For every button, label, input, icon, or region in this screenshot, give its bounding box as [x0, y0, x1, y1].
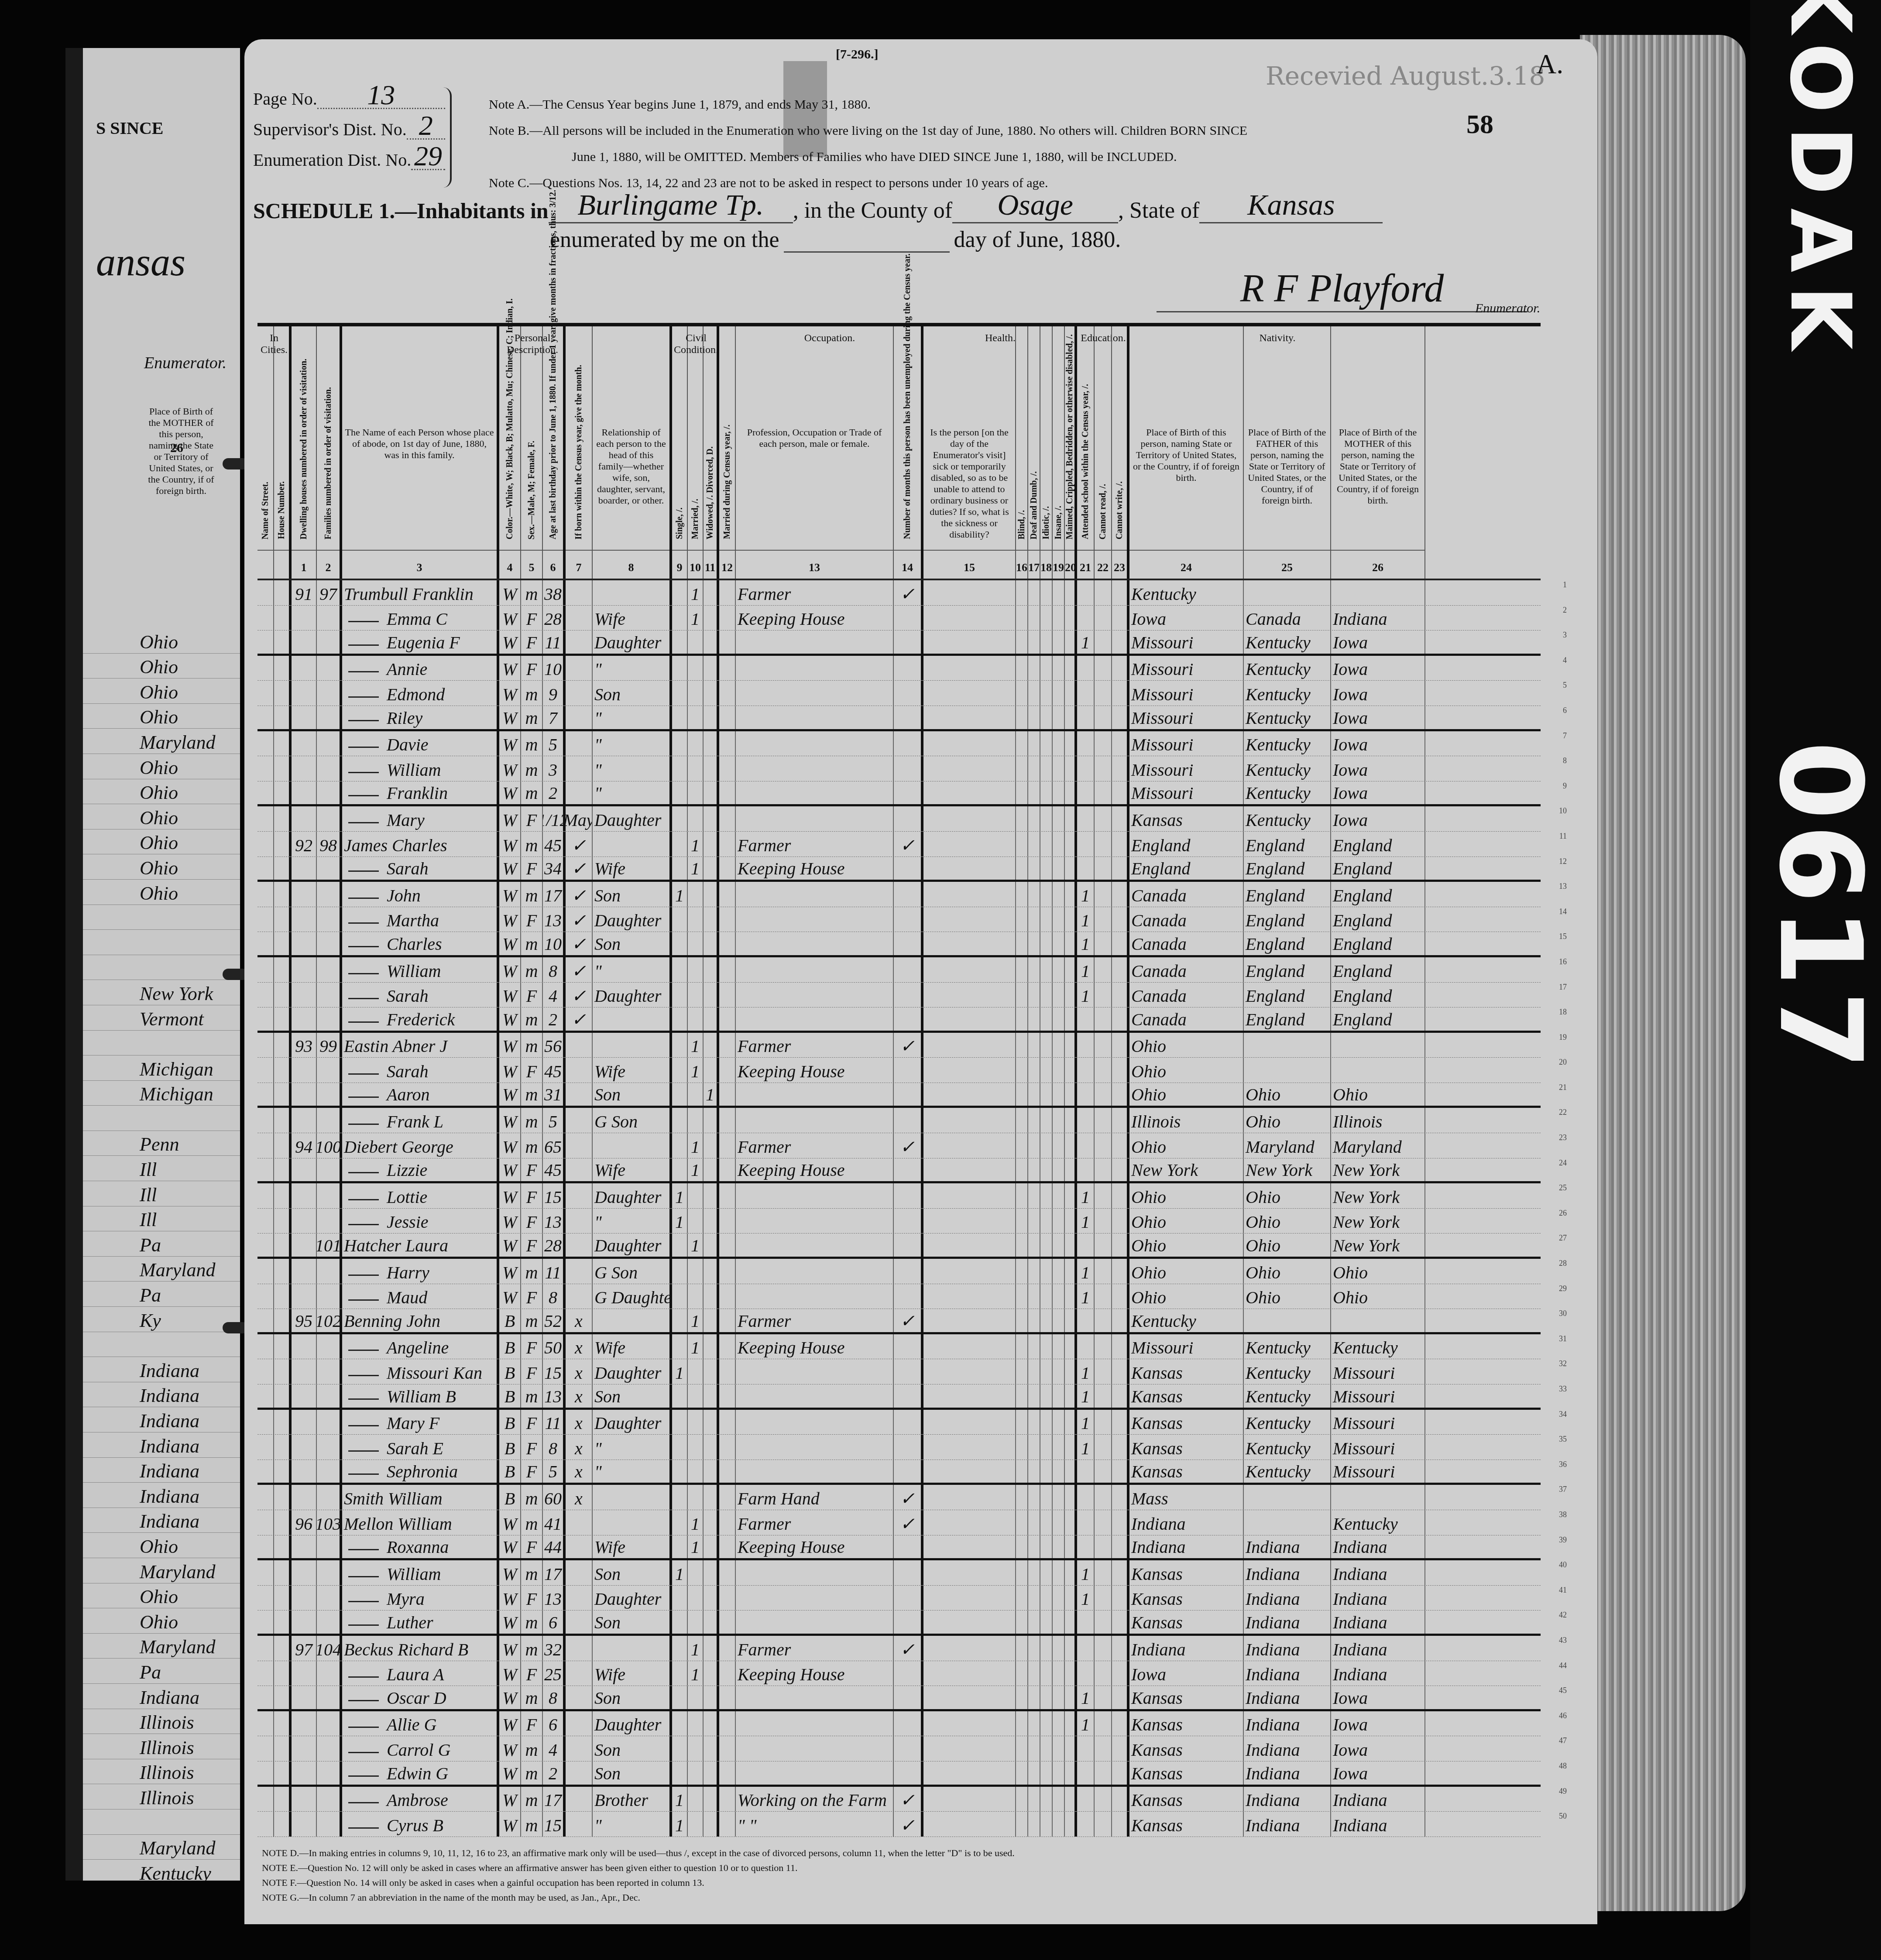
- surname-ditto-dash: [348, 1199, 379, 1200]
- cell-months-unemployed: [894, 630, 923, 654]
- cell-single: [672, 1736, 688, 1761]
- cell-married-in-year: [719, 731, 736, 756]
- cell-attended-school: 1: [1077, 1686, 1095, 1709]
- cell-sickness: [923, 1560, 1016, 1585]
- cell-married: [688, 1183, 704, 1208]
- cell-maimed: [1065, 1334, 1077, 1359]
- cell-family: [317, 1812, 342, 1837]
- cell-maimed: [1065, 656, 1077, 681]
- cell-age: 45: [543, 832, 566, 857]
- cell-sex: F: [521, 1334, 543, 1359]
- cell-occupation: [736, 656, 894, 681]
- cell-idiotic: [1040, 1736, 1053, 1761]
- cell-sex: F: [521, 1410, 543, 1435]
- cell-street: [257, 1083, 274, 1106]
- cell-family: [317, 1108, 342, 1133]
- cell-name: Smith William: [342, 1485, 499, 1510]
- cell-sickness: [923, 580, 1016, 605]
- cell-attended-school: [1077, 731, 1095, 756]
- cell-widowed: [704, 1610, 719, 1634]
- cell-birth-month: [566, 656, 593, 681]
- cell-idiotic: [1040, 1410, 1053, 1435]
- cell-birth-month: [566, 1284, 593, 1309]
- cell-attended-school: [1077, 806, 1095, 831]
- cell-single: [672, 656, 688, 681]
- cell-family: [317, 1661, 342, 1686]
- cell-cannot-write: [1112, 1661, 1129, 1686]
- row-number: 20: [1559, 1058, 1567, 1067]
- left-page-cell: Ky: [83, 1307, 240, 1332]
- cell-months-unemployed: [894, 1686, 923, 1709]
- cell-birthplace: Ohio: [1129, 1183, 1244, 1208]
- cell-birthplace: Canada: [1129, 983, 1244, 1007]
- cell-sex: m: [521, 580, 543, 605]
- cell-attended-school: 1: [1077, 1586, 1095, 1610]
- cell-deaf-dumb: [1028, 806, 1040, 831]
- cell-age: 17: [543, 1787, 566, 1812]
- col-9-header: Civil Condition.Single, /.9: [672, 326, 688, 579]
- cell-sickness: [923, 1661, 1016, 1686]
- cell-father-birthplace: Indiana: [1244, 1586, 1331, 1610]
- cell-birthplace: Kansas: [1129, 1686, 1244, 1709]
- cell-street: [257, 1007, 274, 1031]
- cell-sickness: [923, 957, 1016, 982]
- person-name: Aaron: [387, 1084, 430, 1105]
- row-number: 42: [1559, 1610, 1567, 1620]
- state-value: Kansas: [1199, 188, 1383, 223]
- cell-blind: [1016, 932, 1028, 955]
- cell-birth-month: x: [566, 1359, 593, 1384]
- cell-sickness: [923, 832, 1016, 857]
- surname-ditto-dash: [348, 1172, 379, 1173]
- cell-family: [317, 656, 342, 681]
- cell-maimed: [1065, 606, 1077, 630]
- cell-birthplace: Ohio: [1129, 1209, 1244, 1234]
- table-row: RoxannaWF44Wife1Keeping HouseIndianaIndi…: [257, 1535, 1541, 1561]
- cell-name: Ambrose: [342, 1787, 499, 1812]
- cell-mother-birthplace: England: [1331, 907, 1425, 932]
- cell-house: [274, 983, 292, 1007]
- cell-single: [672, 1761, 688, 1785]
- cell-mother-birthplace: [1331, 1033, 1425, 1058]
- cell-blind: [1016, 681, 1028, 706]
- cell-color: W: [499, 1133, 521, 1158]
- person-name: Harry: [387, 1262, 429, 1283]
- cell-cannot-read: [1095, 1183, 1112, 1208]
- cell-dwelling: [292, 983, 317, 1007]
- cell-sickness: [923, 1359, 1016, 1384]
- cell-cannot-read: [1095, 1259, 1112, 1284]
- table-row: Cyrus BWm15"1" "✓KansasIndianaIndiana50: [257, 1812, 1541, 1837]
- cell-name: William: [342, 1560, 499, 1585]
- cell-maimed: [1065, 1711, 1077, 1736]
- cell-street: [257, 1309, 274, 1332]
- cell-months-unemployed: [894, 1359, 923, 1384]
- cell-house: [274, 1334, 292, 1359]
- cell-mother-birthplace: New York: [1331, 1158, 1425, 1182]
- left-page-cell: Ill: [83, 1206, 240, 1232]
- cell-sex: m: [521, 1610, 543, 1634]
- cell-birthplace: England: [1129, 832, 1244, 857]
- row-number: 25: [1559, 1183, 1567, 1192]
- cell-idiotic: [1040, 1460, 1053, 1483]
- cell-sickness: [923, 1158, 1016, 1182]
- cell-birth-month: [566, 606, 593, 630]
- cell-attended-school: 1: [1077, 907, 1095, 932]
- cell-birthplace: Kentucky: [1129, 580, 1244, 605]
- cell-cannot-write: [1112, 932, 1129, 955]
- enumerated-prefix: enumerated by me on the: [550, 227, 779, 253]
- cell-deaf-dumb: [1028, 1460, 1040, 1483]
- cell-birthplace: Ohio: [1129, 1234, 1244, 1257]
- cell-sex: m: [521, 957, 543, 982]
- cell-months-unemployed: [894, 1560, 923, 1585]
- cell-relationship: ": [593, 957, 672, 982]
- cell-birth-month: ✓: [566, 857, 593, 880]
- surname-ditto-dash: [348, 998, 379, 999]
- cell-sex: F: [521, 1234, 543, 1257]
- cell-sex: m: [521, 1761, 543, 1785]
- cell-family: 102: [317, 1309, 342, 1332]
- cell-cannot-read: [1095, 1209, 1112, 1234]
- person-name: Eugenia F: [387, 632, 460, 653]
- cell-father-birthplace: Kentucky: [1244, 630, 1331, 654]
- row-number: 37: [1559, 1485, 1567, 1494]
- cell-house: [274, 1309, 292, 1332]
- left-page-cell: Indiana: [83, 1508, 240, 1533]
- left-page-cell: Ohio: [83, 880, 240, 905]
- cell-idiotic: [1040, 857, 1053, 880]
- cell-family: [317, 1535, 342, 1559]
- surname-ditto-dash: [348, 1021, 379, 1023]
- cell-name: Charles: [342, 932, 499, 955]
- cell-maimed: [1065, 1812, 1077, 1837]
- cell-street: [257, 580, 274, 605]
- cell-cannot-write: [1112, 1108, 1129, 1133]
- cell-sickness: [923, 1259, 1016, 1284]
- cell-single: [672, 1334, 688, 1359]
- cell-deaf-dumb: [1028, 1636, 1040, 1661]
- cell-idiotic: [1040, 706, 1053, 729]
- cell-widowed: [704, 1384, 719, 1408]
- cell-deaf-dumb: [1028, 1510, 1040, 1535]
- cell-single: [672, 957, 688, 982]
- cell-occupation: [736, 1761, 894, 1785]
- cell-house: [274, 1209, 292, 1234]
- cell-deaf-dumb: [1028, 932, 1040, 955]
- row-number: 44: [1559, 1661, 1567, 1670]
- cell-sickness: [923, 1183, 1016, 1208]
- cell-idiotic: [1040, 1636, 1053, 1661]
- cell-name: Maud: [342, 1284, 499, 1309]
- cell-blind: [1016, 1787, 1028, 1812]
- cell-birth-month: x: [566, 1410, 593, 1435]
- cell-cannot-write: [1112, 1711, 1129, 1736]
- cell-months-unemployed: ✓: [894, 580, 923, 605]
- row-number: 2: [1563, 606, 1567, 615]
- table-row: AaronWm31Son1OhioOhioOhio21: [257, 1083, 1541, 1108]
- cell-married-in-year: [719, 706, 736, 729]
- cell-cannot-write: [1112, 1234, 1129, 1257]
- cell-sickness: [923, 606, 1016, 630]
- cell-dwelling: [292, 781, 317, 805]
- cell-idiotic: [1040, 756, 1053, 781]
- cell-color: W: [499, 706, 521, 729]
- cell-name: Frederick: [342, 1007, 499, 1031]
- surname-ditto-dash: [348, 946, 379, 947]
- cell-sickness: [923, 1058, 1016, 1083]
- row-number: 10: [1559, 806, 1567, 816]
- cell-age: 10: [543, 656, 566, 681]
- person-name: Annie: [387, 659, 427, 679]
- cell-maimed: [1065, 1259, 1077, 1284]
- cell-maimed: [1065, 1661, 1077, 1686]
- cell-birthplace: Missouri: [1129, 781, 1244, 805]
- cell-idiotic: [1040, 1787, 1053, 1812]
- cell-name: Myra: [342, 1586, 499, 1610]
- cell-father-birthplace: [1244, 1033, 1331, 1058]
- cell-house: [274, 1058, 292, 1083]
- person-name: William: [387, 1564, 441, 1584]
- cell-insane: [1053, 1133, 1065, 1158]
- left-page-cell: Pa: [83, 1658, 240, 1684]
- cell-insane: [1053, 1259, 1065, 1284]
- cell-blind: [1016, 957, 1028, 982]
- cell-deaf-dumb: [1028, 1711, 1040, 1736]
- cell-deaf-dumb: [1028, 706, 1040, 729]
- table-header: Name of Street. In Cities.House Number. …: [257, 323, 1541, 580]
- cell-married-in-year: [719, 932, 736, 955]
- cell-color: W: [499, 1586, 521, 1610]
- cell-sex: m: [521, 1812, 543, 1837]
- cell-dwelling: 93: [292, 1033, 317, 1058]
- cell-cannot-read: [1095, 882, 1112, 907]
- cell-insane: [1053, 630, 1065, 654]
- table-row: 96103Mellon WilliamWm411Farmer✓IndianaKe…: [257, 1510, 1541, 1535]
- cell-mother-birthplace: England: [1331, 832, 1425, 857]
- left-page-cell: Indiana: [83, 1382, 240, 1408]
- cell-name: Riley: [342, 706, 499, 729]
- cell-married: [688, 781, 704, 805]
- cell-widowed: [704, 1033, 719, 1058]
- surname-ditto-dash: [348, 870, 379, 872]
- cell-deaf-dumb: [1028, 1661, 1040, 1686]
- cell-widowed: [704, 681, 719, 706]
- cell-idiotic: [1040, 882, 1053, 907]
- row-number: 23: [1559, 1133, 1567, 1142]
- cell-cannot-read: [1095, 1234, 1112, 1257]
- cell-occupation: [736, 706, 894, 729]
- cell-dwelling: [292, 1183, 317, 1208]
- cell-maimed: [1065, 681, 1077, 706]
- cell-idiotic: [1040, 1284, 1053, 1309]
- cell-maimed: [1065, 1787, 1077, 1812]
- person-name: Franklin: [387, 783, 448, 803]
- cell-months-unemployed: [894, 781, 923, 805]
- cell-family: [317, 606, 342, 630]
- cell-house: [274, 1787, 292, 1812]
- table-row: Eugenia FWF11Daughter1MissouriKentuckyIo…: [257, 630, 1541, 656]
- cell-married-in-year: [719, 832, 736, 857]
- left-page-cell: Maryland: [83, 1835, 240, 1860]
- table-row: Allie GWF6Daughter1KansasIndianaIowa46: [257, 1711, 1541, 1737]
- cell-cannot-write: [1112, 1183, 1129, 1208]
- cell-birth-month: x: [566, 1309, 593, 1332]
- cell-dwelling: [292, 681, 317, 706]
- row-number: 39: [1559, 1535, 1567, 1545]
- cell-family: [317, 1711, 342, 1736]
- cell-married: [688, 1108, 704, 1133]
- cell-mother-birthplace: New York: [1331, 1234, 1425, 1257]
- cell-occupation: [736, 1183, 894, 1208]
- cell-married-in-year: [719, 1234, 736, 1257]
- cell-sickness: [923, 1234, 1016, 1257]
- row-number: 17: [1559, 983, 1567, 992]
- cell-married: [688, 1686, 704, 1709]
- cell-deaf-dumb: [1028, 1761, 1040, 1785]
- cell-sickness: [923, 1334, 1016, 1359]
- cell-dwelling: 95: [292, 1309, 317, 1332]
- cell-married-in-year: [719, 1787, 736, 1812]
- left-page-cell: Ill: [83, 1156, 240, 1181]
- surname-ditto-dash: [348, 1827, 379, 1829]
- cell-married-in-year: [719, 1033, 736, 1058]
- surname-ditto-dash: [348, 1073, 379, 1075]
- cell-father-birthplace: Kentucky: [1244, 806, 1331, 831]
- cell-blind: [1016, 832, 1028, 857]
- cell-deaf-dumb: [1028, 630, 1040, 654]
- cell-cannot-read: [1095, 1560, 1112, 1585]
- cell-birth-month: ✓: [566, 882, 593, 907]
- cell-cannot-read: [1095, 580, 1112, 605]
- cell-age: 45: [543, 1158, 566, 1182]
- cell-occupation: Farmer: [736, 832, 894, 857]
- cell-months-unemployed: [894, 1711, 923, 1736]
- cell-maimed: [1065, 907, 1077, 932]
- cell-mother-birthplace: Iowa: [1331, 706, 1425, 729]
- cell-maimed: [1065, 756, 1077, 781]
- cell-married: 1: [688, 1033, 704, 1058]
- cell-widowed: [704, 1510, 719, 1535]
- cell-family: [317, 806, 342, 831]
- cell-blind: [1016, 1158, 1028, 1182]
- cell-insane: [1053, 1384, 1065, 1408]
- cell-street: [257, 781, 274, 805]
- cell-age: 13: [543, 1209, 566, 1234]
- cell-street: [257, 1460, 274, 1483]
- cell-married-in-year: [719, 1711, 736, 1736]
- cell-single: [672, 1309, 688, 1332]
- row-number: 21: [1559, 1083, 1567, 1092]
- cell-sex: F: [521, 606, 543, 630]
- cell-insane: [1053, 1209, 1065, 1234]
- cell-months-unemployed: [894, 806, 923, 831]
- note-a: Note A.—The Census Year begins June 1, 1…: [489, 92, 1493, 118]
- cell-color: W: [499, 857, 521, 880]
- cell-cannot-write: [1112, 806, 1129, 831]
- person-name: Benning John: [344, 1311, 440, 1331]
- cell-married-in-year: [719, 882, 736, 907]
- cell-street: [257, 1661, 274, 1686]
- cell-family: [317, 1686, 342, 1709]
- cell-birth-month: [566, 1083, 593, 1106]
- cell-married: 1: [688, 1234, 704, 1257]
- cell-house: [274, 656, 292, 681]
- cell-cannot-read: [1095, 756, 1112, 781]
- table-row: LutherWm6SonKansasIndianaIndiana42: [257, 1610, 1541, 1636]
- cell-dwelling: [292, 1535, 317, 1559]
- cell-insane: [1053, 1435, 1065, 1460]
- cell-widowed: [704, 1309, 719, 1332]
- cell-cannot-read: [1095, 781, 1112, 805]
- cell-mother-birthplace: Missouri: [1331, 1359, 1425, 1384]
- cell-cannot-read: [1095, 1058, 1112, 1083]
- cell-house: [274, 606, 292, 630]
- row-number: 33: [1559, 1384, 1567, 1394]
- cell-birthplace: Indiana: [1129, 1636, 1244, 1661]
- cell-father-birthplace: Kentucky: [1244, 706, 1331, 729]
- cell-sickness: [923, 1460, 1016, 1483]
- left-page-cell: Ohio: [83, 1583, 240, 1609]
- cell-family: [317, 1007, 342, 1031]
- cell-mother-birthplace: England: [1331, 857, 1425, 880]
- cell-street: [257, 1234, 274, 1257]
- cell-months-unemployed: [894, 1410, 923, 1435]
- cell-cannot-read: [1095, 1083, 1112, 1106]
- cell-deaf-dumb: [1028, 756, 1040, 781]
- cell-married: 1: [688, 1334, 704, 1359]
- cell-married: [688, 630, 704, 654]
- cell-occupation: Keeping House: [736, 1334, 894, 1359]
- cell-sickness: [923, 656, 1016, 681]
- cell-relationship: Wife: [593, 1334, 672, 1359]
- cell-family: [317, 1083, 342, 1106]
- cell-maimed: [1065, 1485, 1077, 1510]
- cell-idiotic: [1040, 1083, 1053, 1106]
- person-name: Sarah E: [387, 1438, 443, 1459]
- left-page-cell: Vermont: [83, 1005, 240, 1031]
- cell-dwelling: [292, 706, 317, 729]
- cell-relationship: [593, 580, 672, 605]
- cell-married-in-year: [719, 1309, 736, 1332]
- cell-sex: m: [521, 1560, 543, 1585]
- cell-deaf-dumb: [1028, 1736, 1040, 1761]
- cell-attended-school: [1077, 1485, 1095, 1510]
- cell-house: [274, 1108, 292, 1133]
- cell-birthplace: Ohio: [1129, 1284, 1244, 1309]
- cell-father-birthplace: England: [1244, 832, 1331, 857]
- row-number: 5: [1563, 681, 1567, 690]
- cell-age: 2: [543, 1761, 566, 1785]
- cell-family: [317, 1435, 342, 1460]
- cell-age: 7: [543, 706, 566, 729]
- cell-maimed: [1065, 1435, 1077, 1460]
- cell-attended-school: [1077, 1636, 1095, 1661]
- cell-married: [688, 1736, 704, 1761]
- cell-idiotic: [1040, 1586, 1053, 1610]
- cell-cannot-read: [1095, 1736, 1112, 1761]
- cell-birth-month: ✓: [566, 1007, 593, 1031]
- cell-married: 1: [688, 1510, 704, 1535]
- cell-single: 1: [672, 1787, 688, 1812]
- cell-color: W: [499, 1812, 521, 1837]
- cell-house: [274, 706, 292, 729]
- cell-widowed: [704, 1435, 719, 1460]
- cell-name: Allie G: [342, 1711, 499, 1736]
- cell-father-birthplace: Kentucky: [1244, 1334, 1331, 1359]
- cell-months-unemployed: [894, 1259, 923, 1284]
- col-3-header: The Name of each Person whose place of a…: [342, 326, 499, 579]
